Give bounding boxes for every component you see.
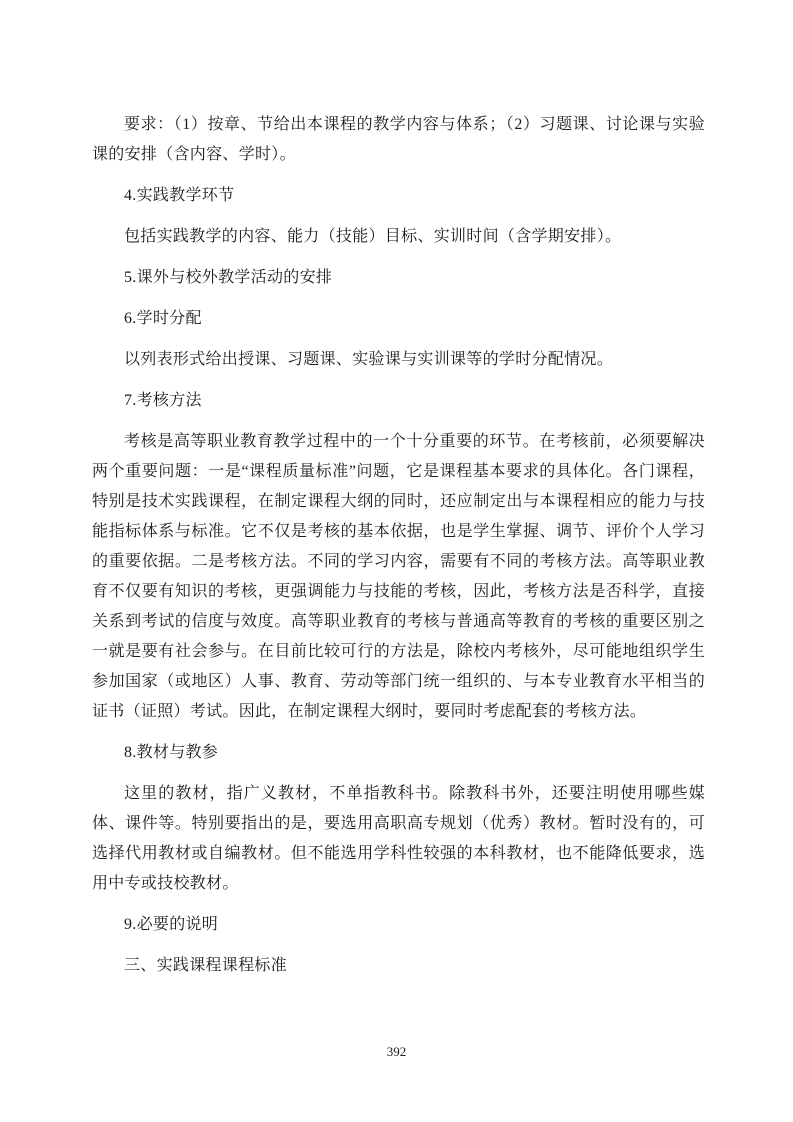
heading-7-assessment-methods: 7.考核方法 <box>92 386 705 416</box>
heading-4-practice-teaching: 4.实践教学环节 <box>92 181 705 211</box>
para-textbooks-selection: 这里的教材，指广义教材，不单指教科书。除教科书外，还要注明使用哪些媒体、课件等。… <box>92 779 705 899</box>
heading-3-practice-course-standards: 三、实践课程课程标准 <box>92 951 705 981</box>
para-requirements-chapters: 要求：（1）按章、节给出本课程的教学内容与体系；（2）习题课、讨论课与实验课的安… <box>92 110 705 170</box>
para-assessment-discussion: 考核是高等职业教育教学过程中的一个十分重要的环节。在考核前，必须要解决两个重要问… <box>92 427 705 727</box>
document-page: 要求：（1）按章、节给出本课程的教学内容与体系；（2）习题课、讨论课与实验课的安… <box>0 0 793 1122</box>
para-hours-allocation-table: 以列表形式给出授课、习题课、实验课与实训课等的学时分配情况。 <box>92 345 705 375</box>
heading-5-extracurricular-activities: 5.课外与校外教学活动的安排 <box>92 263 705 293</box>
page-number: 392 <box>0 1044 793 1060</box>
document-content: 要求：（1）按章、节给出本课程的教学内容与体系；（2）习题课、讨论课与实验课的安… <box>92 110 705 992</box>
heading-6-hours-allocation: 6.学时分配 <box>92 304 705 334</box>
para-practice-teaching-content: 包括实践教学的内容、能力（技能）目标、实训时间（含学期安排）。 <box>92 222 705 252</box>
heading-8-textbooks-references: 8.教材与教参 <box>92 738 705 768</box>
heading-9-necessary-notes: 9.必要的说明 <box>92 910 705 940</box>
